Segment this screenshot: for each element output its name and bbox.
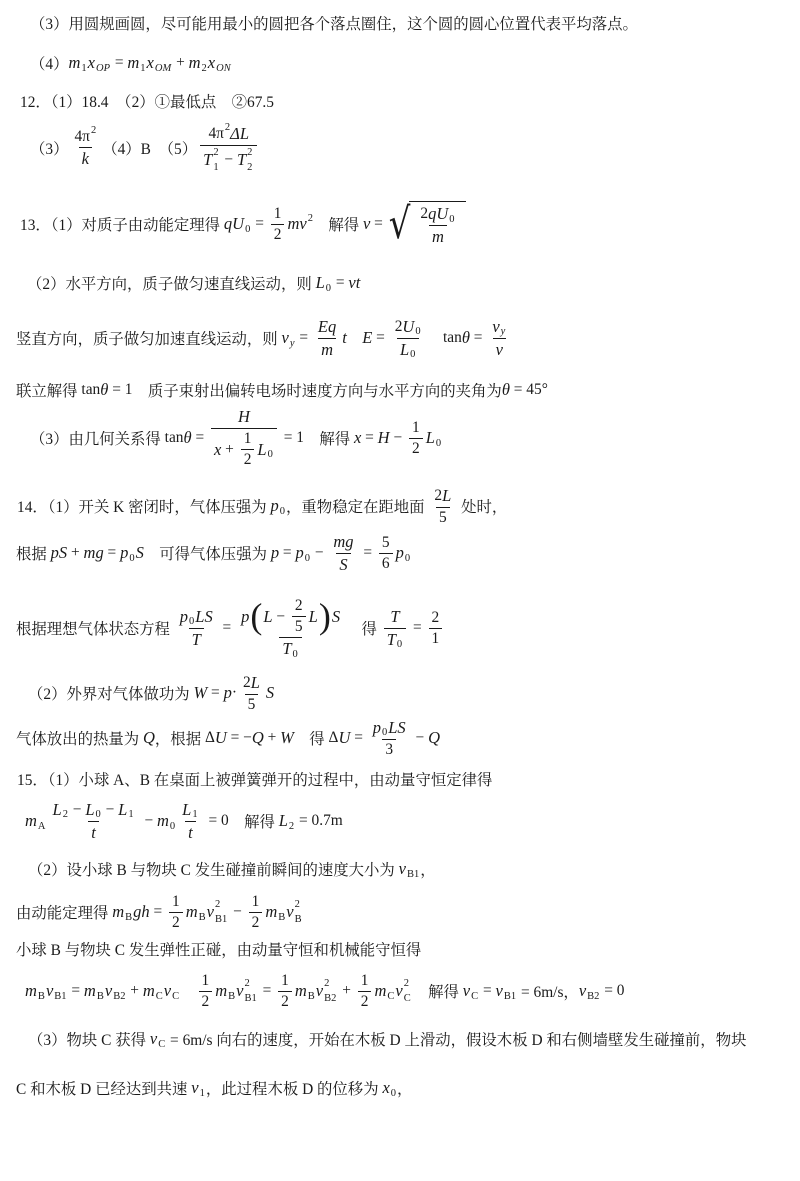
math-var: p [373,718,381,738]
math-sub: A [38,821,46,832]
math-var: L [257,440,266,460]
math-sub: 1 [192,809,197,820]
math-var: L [400,340,409,360]
text-run: 12．（1）18.4 （2）①最低点 ②67.5 [20,90,274,112]
math-sub: 1 [81,63,86,74]
math-op: − [311,544,327,562]
math-var: x [354,428,361,448]
sub-sup-stack: 2B2 [324,978,336,1004]
denominator: 5 [436,507,450,527]
math-var: m [68,53,80,73]
text-run: 15．（1）小球 A、B 在桌面上被弹簧弹开的过程中，由动量守恒定律得 [17,768,492,790]
math-op: = 0 [600,982,624,1000]
math-var: LS [388,718,405,738]
math-var: v [496,981,503,1001]
spacer [180,980,195,1002]
numerator: 2 [292,597,306,616]
text-run: 解得 [413,980,463,1002]
math-sub: 0 [96,809,101,820]
math-var: m [189,53,201,73]
numerator: 2L [240,673,263,694]
math-num: 1 [252,893,260,911]
math-var: L [442,486,451,506]
math-delta: Δ [329,729,339,747]
numerator: L1 [179,800,201,821]
math-op: = [259,982,275,1000]
math-op: = [150,903,166,921]
math-sub: 1 [140,63,145,74]
math-op: · [232,684,237,702]
text-run: = 6m/s 向右的速度，开始在木板 D 上滑动，假设木板 D 和右侧墙壁发生碰… [166,1028,746,1050]
math-var: T [387,630,396,650]
numerator: L2 − L0 − L1 [50,800,138,821]
fraction: 1 2 [271,205,285,244]
math-var: q [224,214,232,234]
fraction: 2 5 [292,597,306,636]
math-var: m [112,902,124,922]
text-run: 由动能定理得 [16,901,112,923]
math-sub: B [97,991,104,1002]
math-var: v [463,981,470,1001]
math-var: Eq [318,317,336,337]
math-op: − [412,729,428,747]
fraction: mg S [330,532,356,575]
denominator: T 21 − T 22 [200,145,257,173]
answer-line-14-1a: 14．（1）开关 K 密闭时，气体压强为 p0 ，重物稳定在距地面 2L 5 处… [17,481,507,531]
math-op: − [390,429,406,447]
radical-sign-icon: √ [389,203,411,246]
math-var: T [192,630,201,650]
text-run: 得 [294,727,329,749]
math-var: T [282,639,291,659]
answer-line-13-2a: （2）水平方向，质子做匀速直线运动，则 L0 = vt [27,271,360,295]
fraction: p0LS 3 [370,718,409,759]
denominator: 2 [278,991,292,1011]
open-paren: ( [250,600,262,632]
math-fn: tan [443,329,462,347]
math-var: U [338,728,350,748]
math-var: p [241,607,249,627]
math-var: v [46,981,53,1001]
numerator: 1 [358,972,372,991]
math-num: 2 [274,226,282,244]
math-var: U [215,728,227,748]
math-op: − [141,812,157,830]
math-sub: y [501,326,506,337]
math-op: − [273,608,289,626]
fraction: 2L 5 [240,673,263,714]
math-var: v [105,981,112,1001]
denominator: S [336,553,350,575]
denominator: 6 [379,553,393,573]
fraction: 2L 5 [431,486,454,527]
denominator: T0 [279,637,301,659]
denominator: m [318,338,336,360]
math-op: − [102,801,118,819]
math-num: 5 [439,509,447,527]
answer-line-13-1: 13．（1）对质子由动能定理得 qU0 = 1 2 mv2 解得 v = √ 2… [20,193,466,255]
math-num: 2 [420,205,428,223]
numerator: 4π2ΔL [205,124,252,145]
math-sub: 2 [247,162,252,173]
math-var: v [191,1078,198,1098]
text-run: 解得 [229,810,279,832]
text-run: ， [397,1077,412,1099]
math-num: 2 [244,451,252,469]
math-term: 4π [74,128,89,146]
fraction: 1 2 [241,430,255,469]
text-run: 解得 [304,427,354,449]
math-var: W [280,728,294,748]
math-num: 3 [385,741,393,759]
denominator: 5 [292,616,306,636]
text-run: 根据理想气体状态方程 [16,617,174,639]
math-sup: 2 [91,125,96,136]
math-num: 2 [252,914,260,932]
math-sup: 2 [225,122,230,133]
math-var: x [88,53,95,73]
math-num: 6 [382,555,390,573]
text-run: （3）用圆规画圆，尽可能用最小的圆把各个落点圈住，这个圆的圆心位置代表平均落点。 [30,12,638,34]
math-op: = [111,54,127,72]
math-sub: C [404,993,411,1004]
denominator: v [493,338,506,360]
answer-line-14-1c: 根据理想气体状态方程 p0LS T = p ( L − 2 5 L ) S T0 [16,582,445,674]
math-var: S [332,607,340,627]
math-var: m [84,981,96,1001]
text-run: 根据 [16,542,51,564]
sqrt-radical: √ 2qU0 m [389,201,467,247]
math-sub: 0 [397,639,402,650]
math-sub: 0 [293,649,298,660]
math-sub: 0 [410,349,415,360]
math-var: p [120,543,128,563]
denominator: x + 1 2 L0 [211,428,277,469]
math-num: 2 [243,674,251,692]
math-var: m [25,981,37,1001]
math-num: 2 [361,993,369,1011]
math-var: v [496,340,503,360]
fraction: p0LS T [177,607,216,650]
math-num: 2 [395,318,403,336]
text-run: 竖直方向，质子做匀加速直线运动，则 [16,327,282,349]
math-sub: B1 [215,914,227,925]
denominator: 1 [429,628,443,648]
numerator: 1 [409,419,423,438]
numerator: 5 [379,534,393,553]
denominator: T0 [384,628,406,650]
math-sub: 0 [415,326,420,337]
fraction: 4π2ΔL T 21 − T 22 [200,124,257,173]
math-var: S [339,555,347,575]
math-var: θ [100,380,108,400]
denominator: m [429,225,447,247]
numerator: 2L [431,486,454,507]
math-sub: B [38,991,45,1002]
math-op: = 1 [108,381,132,399]
math-var: L [263,607,272,627]
numerator: 2qU0 [417,204,458,225]
math-sub: B1 [407,869,419,880]
math-var: m [157,811,169,831]
math-op: = [279,544,295,562]
math-var: U [232,214,244,234]
denominator: 3 [382,739,396,759]
answer-line-14-1b: 根据 pS + mg = p0S 可得气体压强为 p = p0 − mg S =… [16,529,411,577]
math-fn: tan [165,429,184,447]
math-var: T [390,607,399,627]
denominator: T [189,628,204,650]
numerator: 1 [241,430,255,449]
math-sub: 0 [391,1088,396,1099]
math-op: = [332,274,348,292]
math-op: − [221,151,237,169]
math-var: m [143,981,155,1001]
spacer [347,327,362,349]
fraction: 2 1 [429,609,443,648]
math-sup: 2 [324,978,329,989]
radicand: 2qU0 m [409,201,466,247]
answer-line-15-2d: mBvB1 = mBvB2 + mCvC 1 2 mB v 2B1 = 1 2 … [25,966,625,1016]
answer-line-13-3: （3）由几何关系得 tanθ = H x + 1 2 L0 = 1 解得 x =… [30,402,442,474]
numerator: p ( L − 2 5 L ) S [238,597,343,637]
math-sub: OM [155,63,171,74]
close-paren: ) [319,600,331,632]
numerator: 4π2 [71,128,99,147]
text-run: 13．（1）对质子由动能定理得 [20,213,224,235]
text-run: 质子束射出偏转电场时速度方向与水平方向的夹角为 [132,379,501,401]
math-var: m [321,340,333,360]
math-var: H [238,407,250,427]
text-run: ， [420,858,435,880]
math-op: + [67,544,83,562]
math-num: 2 [434,487,442,505]
math-fn: tan [81,381,100,399]
numerator: 1 [249,893,263,912]
math-sub: 0 [449,214,454,225]
math-num: 1 [274,205,282,223]
math-var: U [402,317,414,337]
math-sub: B2 [587,991,599,1002]
math-var: p [295,543,303,563]
numerator: 2U0 [392,317,425,338]
math-var: m [374,981,386,1001]
math-var: m [127,53,139,73]
math-sub: 0 [436,438,441,449]
math-var: v [579,981,586,1001]
math-num: 2 [202,993,210,1011]
numerator: 1 [199,972,213,991]
math-sub: 0 [170,821,175,832]
math-op: = [104,544,120,562]
math-sub: B [228,991,235,1002]
math-sub: B [278,912,285,923]
math-var: mv [287,214,306,234]
math-op: − [69,801,85,819]
answer-line-11-3: （3）用圆规画圆，尽可能用最小的圆把各个落点圈住，这个圆的圆心位置代表平均落点。 [30,12,638,34]
denominator: L0 [397,338,419,360]
document-page: （3）用圆规画圆，尽可能用最小的圆把各个落点圈住，这个圆的圆心位置代表平均落点。… [0,0,800,1181]
math-var: H [378,428,390,448]
math-num: 2 [295,597,303,615]
math-var: L [118,800,127,820]
math-var: v [286,902,293,922]
denominator: 2 [169,912,183,932]
math-var: x [382,1078,389,1098]
math-sub: B [295,914,302,925]
spacer [428,327,443,349]
math-op: = [350,729,366,747]
fraction: 1 2 [409,419,423,458]
denominator: t [185,821,196,843]
math-op: = 6m/s， [517,980,579,1002]
answer-line-12-3-4-5: （3） 4π2 k （4）B （5） 4π2ΔL T 21 − T 22 [30,120,260,176]
fraction: 1 2 [249,893,263,932]
math-op: + [338,982,354,1000]
math-sub: 0 [326,283,331,294]
denominator: 2 [271,224,285,244]
text-run: ，此过程木板 D 的位移为 [206,1077,383,1099]
sub-sup-stack: 2B1 [245,978,257,1004]
numerator: 1 [271,205,285,224]
math-var: L [53,800,62,820]
math-var: m [25,811,37,831]
fraction: 1 2 [169,893,183,932]
text-run: 解得 [313,213,363,235]
math-sub: 1 [213,162,218,173]
math-sub: 0 [280,506,285,517]
answer-line-11-4: （4） m1xOP = m1xOM + m2xON [30,50,232,76]
math-sup: 2 [215,899,220,910]
math-var: L [251,673,260,693]
fraction: 1 2 [358,972,372,1011]
math-var: qU [428,204,448,224]
math-num: 1 [202,972,210,990]
math-op: + [221,441,237,459]
math-sub: B [125,912,132,923]
math-op: + [126,982,142,1000]
math-op: = [479,982,495,1000]
math-num: 5 [382,534,390,552]
math-var: m [186,902,198,922]
math-sub: C [387,991,394,1002]
math-var: x [147,53,154,73]
numerator: H [235,407,253,428]
sub-sup-stack: 22 [247,147,252,173]
math-var: p [224,683,232,703]
math-op: = [470,329,486,347]
math-num: 1 [172,893,180,911]
math-op: = − [227,729,252,747]
math-var: L [309,607,318,627]
math-var: ΔL [230,124,249,144]
math-op: = 45° [510,381,548,399]
math-var: S [266,683,274,703]
text-run: 气体放出的热量为 [16,727,143,749]
denominator: t [88,821,99,843]
math-var: gh [133,902,150,922]
math-num: 1 [361,972,369,990]
math-var: θ [502,380,510,400]
math-var: L [279,811,288,831]
math-var: T [237,150,246,170]
denominator: 2 [358,991,372,1011]
math-op: = 0 [205,812,229,830]
numerator: 1 [278,972,292,991]
math-var: v [236,981,243,1001]
math-sub: B1 [245,993,257,1004]
math-var: m [432,227,444,247]
math-var: mg [333,532,353,552]
math-op: − [229,903,245,921]
math-var: p [396,543,404,563]
math-var: m [295,981,307,1001]
fraction: 2qU0 m [417,204,458,247]
text-run: （3）由几何关系得 [30,427,165,449]
math-op: = [219,619,235,637]
math-num: 2 [172,914,180,932]
math-num: 1 [281,972,289,990]
math-var: v [207,902,214,922]
math-op: = [409,619,425,637]
fraction: 5 6 [379,534,393,573]
math-var: v [363,214,370,234]
denominator: 5 [245,694,259,714]
math-sub: B2 [324,993,336,1004]
math-var: θ [183,428,191,448]
math-op: = [192,429,208,447]
math-num: 2 [432,609,440,627]
answer-line-13-2c: 联立解得 tanθ = 1 质子束射出偏转电场时速度方向与水平方向的夹角为 θ … [16,379,548,401]
math-var: pS [51,543,68,563]
math-sub: 1 [128,809,133,820]
math-var: p [271,543,279,563]
denominator: 2 [409,438,423,458]
math-var: L [316,273,325,293]
answer-line-15-1b: mA L2 − L0 − L1 t − m0 L1 t = 0 解得 L2 = … [25,794,343,848]
fraction: p ( L − 2 5 L ) S T0 [238,597,343,659]
fraction: 2U0 L0 [392,317,425,360]
answer-line-15-2c: 小球 B 与物块 C 发生弹性正碰，由动量守恒和机械能守恒得 [16,938,421,960]
math-var: t [91,823,96,843]
math-op: = 1 [280,429,304,447]
math-delta: Δ [205,729,215,747]
sub-sup-stack: 2B1 [215,899,227,925]
fraction: vy v [489,317,509,360]
math-var: L [85,800,94,820]
math-var: LS [195,607,212,627]
fraction: L2 − L0 − L1 t [50,800,138,843]
math-var: v [399,859,406,879]
math-num: 2 [412,440,420,458]
text-run: 得 [346,617,381,639]
sub-sup-stack: 2C [404,978,411,1004]
math-var: L [426,428,435,448]
numerator: p0LS [177,607,216,628]
answer-line-14-2b: 气体放出的热量为 Q ，根据 ΔU = − Q + W 得 ΔU = p0LS … [16,713,440,763]
fraction: 1 2 [278,972,292,1011]
text-run: 联立解得 [16,379,81,401]
math-op: = [296,329,312,347]
text-run: C 和木板 D 已经达到共速 [16,1077,191,1099]
math-sub: 0 [382,727,387,738]
math-sup: 2 [404,978,409,989]
text-run: 处时， [457,495,507,517]
math-op: + [264,729,280,747]
math-num: 2 [281,993,289,1011]
math-op: = [251,215,267,233]
numerator: 2 [429,609,443,628]
